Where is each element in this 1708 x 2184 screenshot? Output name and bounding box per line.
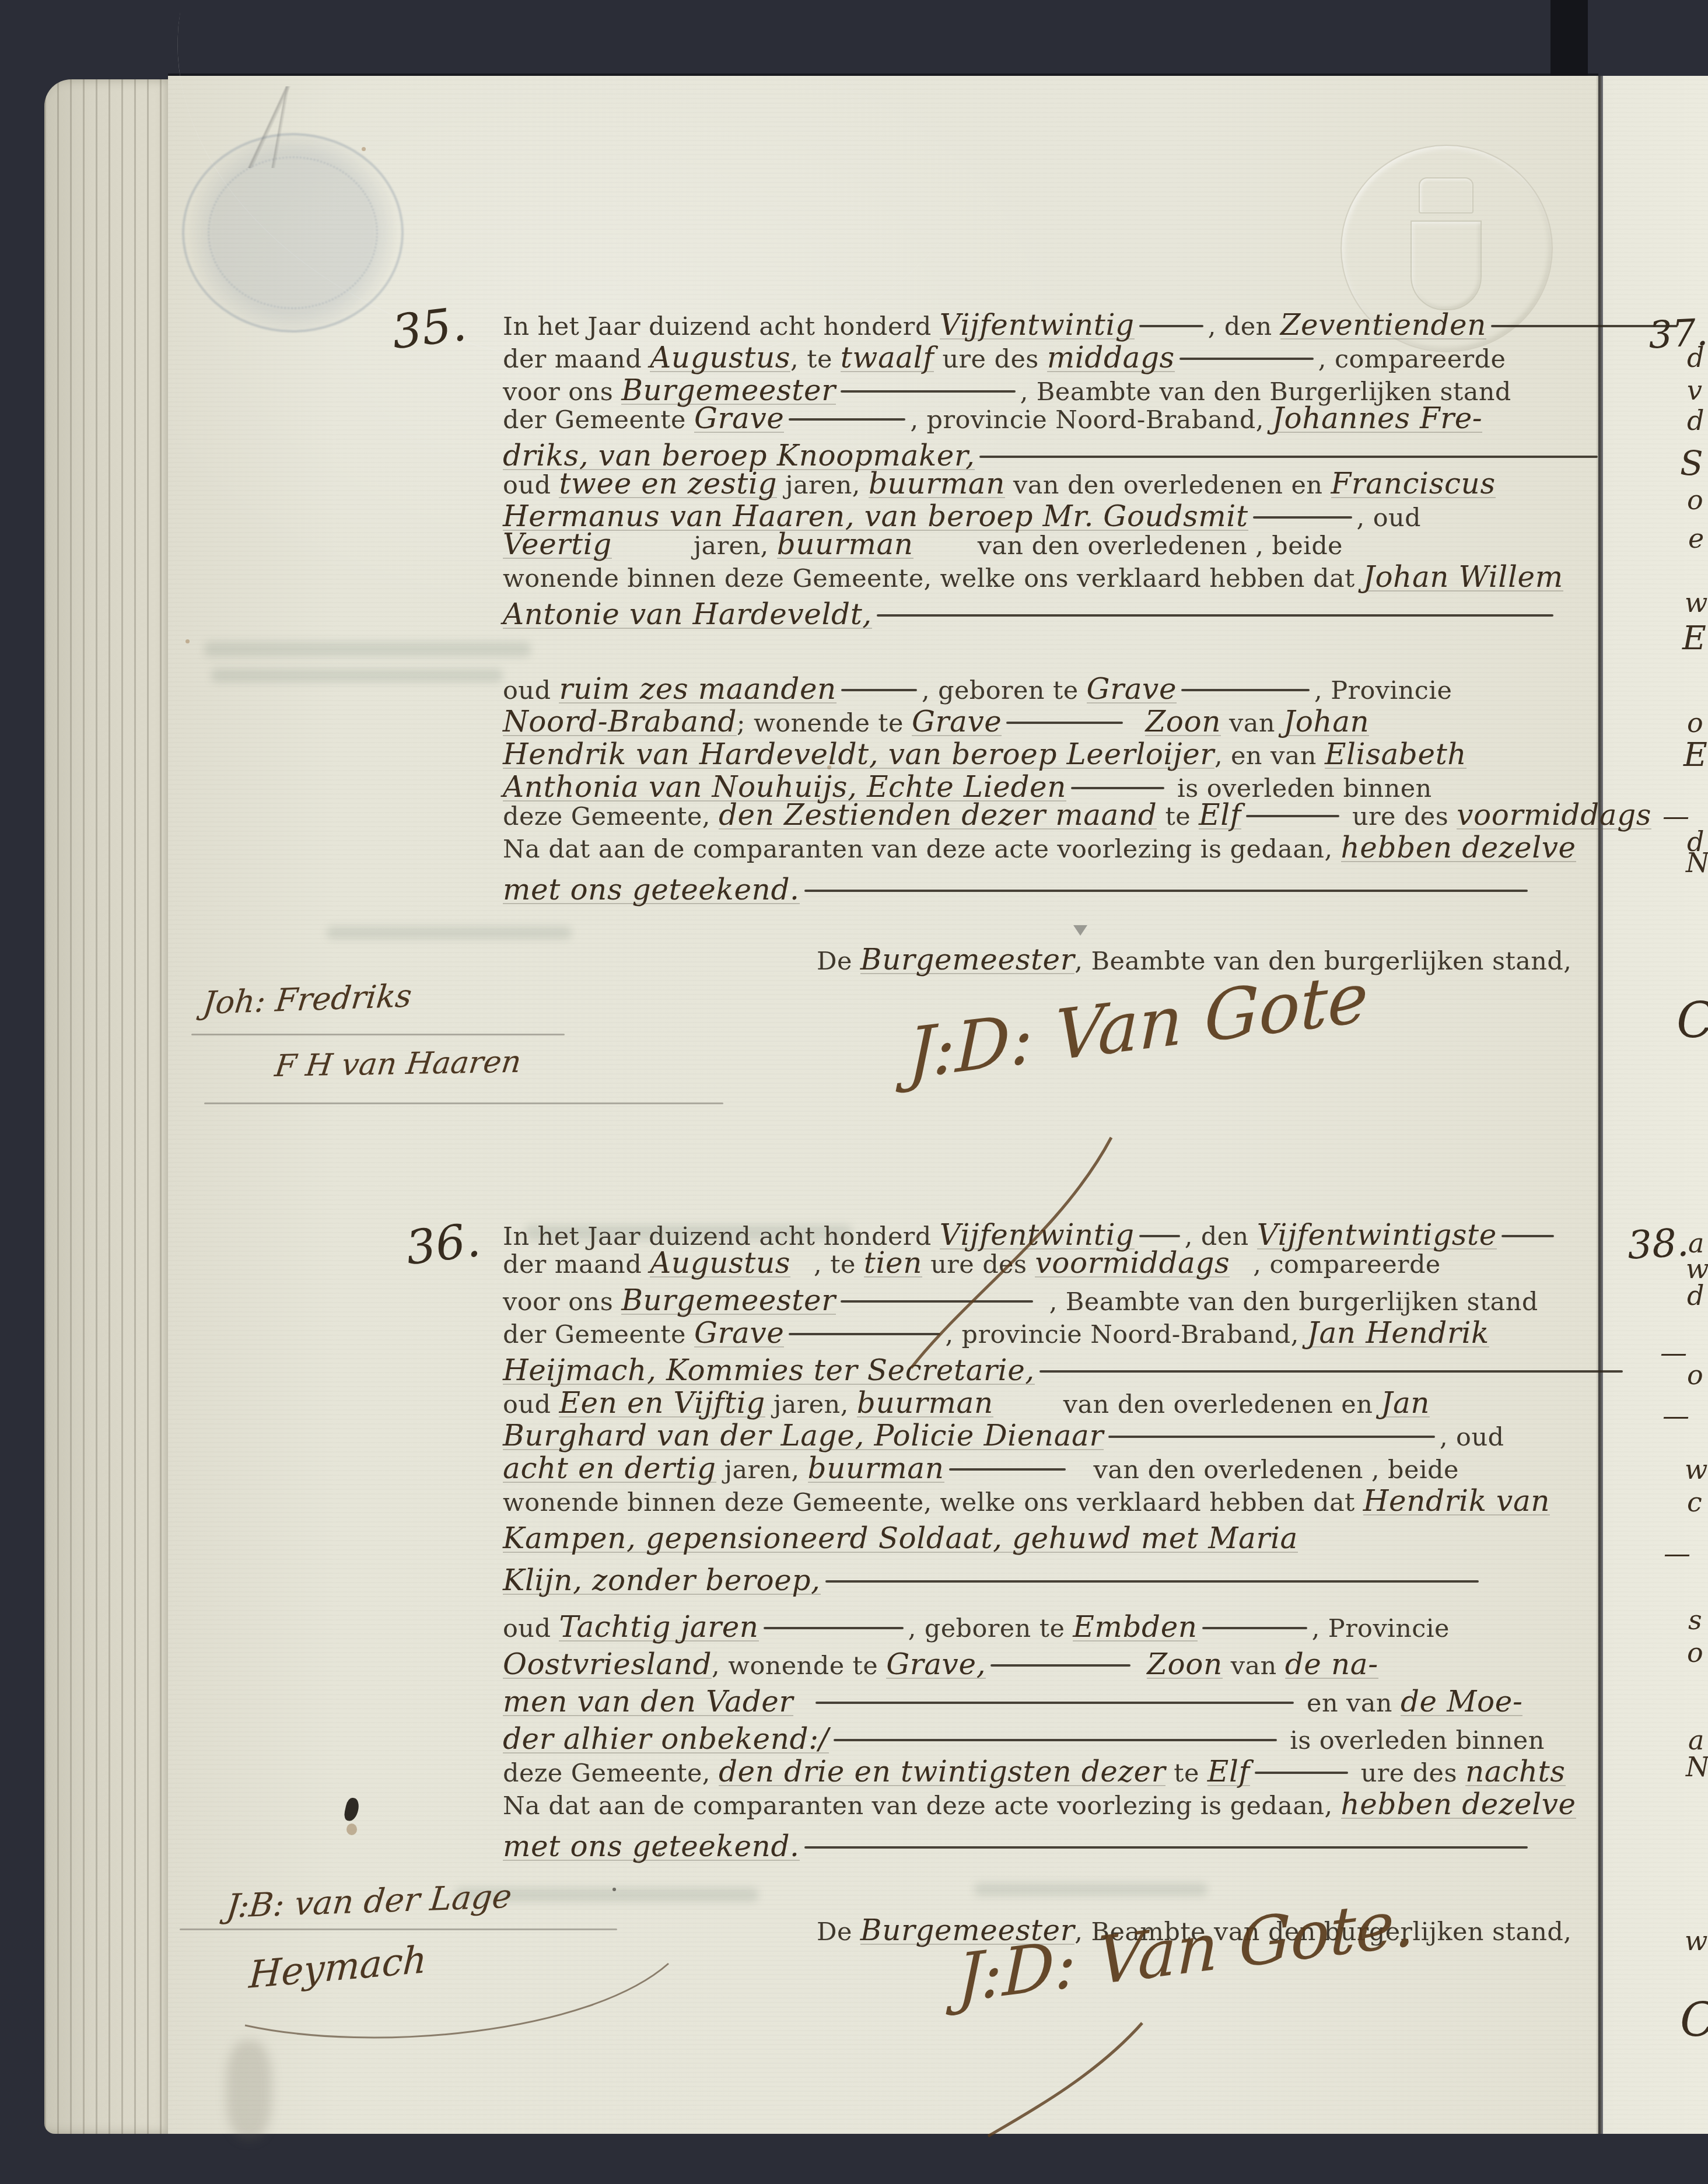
printed-text: oud bbox=[503, 676, 559, 705]
record-line: Veertigjaren, buurmanvan den overledenen… bbox=[503, 527, 1343, 562]
record-line: der maand Augustus, te tien ure des voor… bbox=[503, 1246, 1441, 1281]
record-line: In het Jaar duizend acht honderd Vijfent… bbox=[503, 308, 1682, 343]
pencil-mark bbox=[238, 86, 302, 168]
printed-text: jaren, bbox=[716, 1455, 808, 1485]
printed-text: , oud bbox=[1357, 503, 1421, 533]
handwritten-text: hebben dezelve bbox=[1341, 831, 1576, 864]
foxing-speck bbox=[612, 1888, 616, 1891]
handwritten-text: Tachtig jaren bbox=[559, 1610, 758, 1644]
handwritten-text: middags bbox=[1047, 341, 1175, 374]
foxing-speck bbox=[362, 147, 366, 151]
handwritten-text: Jan bbox=[1381, 1386, 1430, 1420]
handwritten-text: Jan Hendrik bbox=[1307, 1316, 1489, 1350]
cutoff-text-fragment: N bbox=[1686, 847, 1708, 878]
bleed-through-text bbox=[974, 1883, 1207, 1896]
printed-text: te bbox=[1165, 1759, 1207, 1788]
handwritten-text: hebben dezelve bbox=[1341, 1787, 1576, 1821]
record-line: oud twee en zestig jaren, buurman van de… bbox=[503, 467, 1496, 502]
handwritten-text: Heijmach, Kommies ter Secretarie, bbox=[503, 1353, 1035, 1387]
ink-blot-halo bbox=[346, 1824, 357, 1835]
handwritten-text: Augustus bbox=[650, 1246, 790, 1280]
record-line: met ons geteekend. bbox=[503, 1829, 1532, 1864]
record-line: Klijn, zonder beroep, bbox=[503, 1563, 1483, 1598]
handwritten-text: Een en Vijftig bbox=[559, 1386, 765, 1420]
printed-text: , Provincie bbox=[1314, 676, 1452, 705]
printed-text: ure des bbox=[1353, 1759, 1465, 1788]
handwritten-text: Johannes Fre- bbox=[1272, 401, 1483, 435]
page-edge-stack bbox=[44, 79, 175, 2134]
printed-text: van den overledenen en bbox=[1063, 1390, 1381, 1419]
ink-rule bbox=[1501, 1235, 1554, 1237]
adjacent-record-number: 38. bbox=[1626, 1220, 1690, 1268]
blank-gap bbox=[1038, 1310, 1049, 1310]
cutoff-text-fragment: c bbox=[1687, 1486, 1702, 1518]
printed-text: jaren, bbox=[694, 531, 777, 561]
handwritten-text: tien bbox=[864, 1246, 922, 1280]
printed-text: wonende binnen deze Gemeente, welke ons … bbox=[503, 564, 1363, 593]
handwritten-text: buurman bbox=[808, 1451, 944, 1485]
ink-rule bbox=[1108, 1436, 1435, 1438]
ink-rule bbox=[1181, 689, 1310, 691]
handwritten-text: Grave bbox=[1087, 672, 1177, 706]
ink-rule bbox=[1039, 1370, 1623, 1373]
bleed-through-text bbox=[211, 668, 503, 682]
printed-text: van den overledenen , beide bbox=[978, 531, 1343, 561]
handwritten-text: Hendrik van bbox=[1363, 1484, 1550, 1518]
record-line: der maand Augustus, te twaalf ure des mi… bbox=[503, 341, 1506, 376]
record-number: 36. bbox=[403, 1213, 484, 1276]
record-line: wonende binnen deze Gemeente, welke ons … bbox=[503, 1484, 1550, 1519]
cutoff-text-fragment: v bbox=[1687, 374, 1702, 406]
cutoff-text-fragment: S bbox=[1680, 443, 1703, 483]
printed-text: van den overledenen en bbox=[1005, 471, 1331, 500]
printed-text: , te bbox=[814, 1250, 864, 1279]
book-ribbon bbox=[1550, 0, 1588, 80]
handwritten-text: Vijfentwintig bbox=[940, 308, 1135, 342]
handwritten-text: twaalf bbox=[841, 341, 935, 374]
printed-text: van den overledenen , beide bbox=[1094, 1455, 1459, 1485]
printed-text: oud bbox=[503, 1390, 559, 1419]
printed-text: der Gemeente bbox=[503, 1320, 694, 1349]
ink-rule bbox=[841, 689, 917, 691]
cutoff-text-fragment: C bbox=[1680, 1993, 1708, 2047]
ink-rule bbox=[764, 1627, 904, 1629]
cutoff-text-fragment: w bbox=[1685, 1454, 1707, 1485]
bleed-through-text bbox=[327, 926, 572, 939]
handwritten-text: buurman bbox=[869, 467, 1005, 501]
seal-shield bbox=[1410, 220, 1482, 310]
stamp-inner-ring bbox=[208, 156, 378, 309]
printed-text: der maand bbox=[503, 1250, 650, 1279]
ink-rule bbox=[1255, 1772, 1348, 1774]
handwritten-text: Burgemeester bbox=[621, 1283, 835, 1317]
page-fold-crease bbox=[1596, 76, 1603, 2134]
handwritten-text: buurman bbox=[857, 1386, 993, 1420]
printed-text: der maand bbox=[503, 345, 650, 374]
handwritten-text: Klijn, zonder beroep, bbox=[503, 1563, 821, 1597]
printed-text: , Beambte van den burgerlijken stand bbox=[1049, 1287, 1538, 1317]
record-line: Na dat aan de comparanten van deze acte … bbox=[503, 1787, 1576, 1822]
cutoff-text-fragment: — bbox=[1662, 1400, 1689, 1431]
handwritten-text: Antonie van Hardeveldt, bbox=[503, 597, 872, 631]
blank-gap bbox=[793, 1711, 811, 1711]
handwritten-text: Burghard van der Lage, Policie Dienaar bbox=[503, 1419, 1104, 1452]
record-line: Na dat aan de comparanten van deze acte … bbox=[503, 831, 1576, 866]
record-line: oud Een en Vijftig jaren, buurmanvan den… bbox=[503, 1386, 1430, 1421]
handwritten-text: Elf bbox=[1199, 798, 1241, 832]
blank-gap bbox=[612, 554, 694, 554]
handwritten-text: de na- bbox=[1285, 1647, 1378, 1681]
printed-text: , provincie Noord-Braband, bbox=[910, 405, 1272, 435]
ink-rule bbox=[789, 1333, 940, 1335]
seal-crown bbox=[1419, 177, 1473, 213]
record-line: Oostvriesland, wonende te Grave,Zoon van… bbox=[503, 1647, 1378, 1682]
handwritten-text: der alhier onbekend:/ bbox=[503, 1722, 829, 1756]
printed-text: oud bbox=[503, 471, 559, 500]
printed-text: , Provincie bbox=[1312, 1614, 1450, 1643]
handwritten-text: den drie en twintigsten dezer bbox=[719, 1755, 1165, 1788]
ink-rule bbox=[1202, 1627, 1307, 1629]
ink-rule bbox=[815, 1702, 1294, 1704]
handwritten-text: Franciscus bbox=[1331, 467, 1496, 501]
cutoff-text-fragment: o bbox=[1687, 1359, 1703, 1391]
cutoff-text-fragment: d bbox=[1687, 342, 1704, 373]
printed-text: der Gemeente bbox=[503, 405, 694, 435]
record-line: men van den Vader en van de Moe- bbox=[503, 1685, 1522, 1720]
printed-text: is overleden binnen bbox=[1282, 1726, 1545, 1755]
signature-underline bbox=[180, 1929, 617, 1930]
blank-gap bbox=[1070, 1478, 1094, 1478]
record-line: met ons geteekend. bbox=[503, 873, 1532, 908]
printed-text: , te bbox=[790, 345, 841, 374]
handwritten-text: Burgemeester bbox=[860, 943, 1074, 977]
handwritten-text: Elisabeth bbox=[1325, 737, 1466, 771]
bleed-through-text bbox=[204, 642, 531, 657]
record-line: Heijmach, Kommies ter Secretarie, bbox=[503, 1353, 1627, 1388]
handwritten-text: nachts bbox=[1465, 1755, 1566, 1788]
printed-text: , wonende te bbox=[712, 1651, 886, 1681]
record-line: Burghard van der Lage, Policie Dienaar, … bbox=[503, 1419, 1504, 1454]
handwritten-text: voormiddags bbox=[1035, 1246, 1230, 1280]
ink-rule bbox=[825, 1580, 1479, 1583]
printed-text: van bbox=[1221, 709, 1283, 738]
printed-text: van bbox=[1223, 1651, 1285, 1681]
photo-background: 35.In het Jaar duizend acht honderd Vijf… bbox=[0, 0, 1708, 2184]
record-line: der alhier onbekend:/ is overleden binne… bbox=[503, 1722, 1545, 1757]
blank-gap bbox=[1128, 731, 1145, 731]
foxing-speck bbox=[185, 639, 190, 643]
handwritten-text: met ons geteekend. bbox=[503, 1829, 800, 1863]
ink-rule bbox=[834, 1739, 1277, 1741]
handwritten-text: den Zestienden dezer maand bbox=[719, 798, 1157, 832]
printed-text: , den bbox=[1208, 312, 1280, 341]
record-line: voor ons Burgemeester, Beambte van den b… bbox=[503, 1283, 1538, 1318]
blank-gap bbox=[993, 1412, 1063, 1413]
handwritten-text: men van den Vader bbox=[503, 1685, 793, 1718]
ink-rule bbox=[841, 1300, 1033, 1303]
handwritten-text: buurman bbox=[777, 527, 914, 561]
cutoff-text-fragment: w bbox=[1685, 587, 1707, 618]
signature-underline bbox=[191, 1034, 565, 1035]
printed-text: , compareerde bbox=[1318, 345, 1506, 374]
witness-signature: F H van Haaren bbox=[273, 1045, 523, 1084]
ink-rule bbox=[1179, 358, 1314, 360]
printed-text: De bbox=[817, 1917, 860, 1947]
printed-text: In het Jaar duizend acht honderd bbox=[503, 312, 940, 341]
printed-text: te bbox=[1157, 802, 1199, 831]
ink-rule bbox=[804, 1846, 1528, 1849]
handwritten-text: Veertig bbox=[503, 527, 612, 561]
cutoff-text-fragment: o bbox=[1687, 484, 1703, 516]
signature-underline bbox=[204, 1102, 723, 1104]
printed-text: Na dat aan de comparanten van deze acte … bbox=[503, 1791, 1341, 1821]
cutoff-text-fragment: E bbox=[1683, 736, 1707, 774]
handwritten-text: voormiddags bbox=[1457, 798, 1651, 832]
printed-text: De bbox=[817, 947, 860, 976]
printed-text: en van bbox=[1298, 1689, 1401, 1718]
printed-text: ure des bbox=[1344, 802, 1457, 831]
witness-signature: Joh: Fredriks bbox=[201, 977, 414, 1021]
handwritten-text: Augustus bbox=[650, 341, 790, 374]
ink-rule bbox=[1071, 787, 1164, 789]
handwritten-text: Johan bbox=[1283, 705, 1369, 738]
printed-text: jaren, bbox=[765, 1390, 857, 1419]
ink-rule bbox=[1253, 516, 1352, 519]
printed-text: , oud bbox=[1440, 1423, 1504, 1452]
handwritten-text: de Moe- bbox=[1401, 1685, 1522, 1718]
printed-text: ; wonende te bbox=[737, 709, 912, 738]
printed-text: deze Gemeente, bbox=[503, 802, 719, 831]
handwritten-text: ruim zes maanden bbox=[559, 672, 836, 706]
printed-text: Na dat aan de comparanten van deze acte … bbox=[503, 835, 1341, 864]
handwritten-text: twee en zestig bbox=[559, 467, 777, 501]
record-line: Antonie van Hardeveldt, bbox=[503, 597, 1558, 632]
handwritten-text: Kampen, gepensioneerd Soldaat, gehuwd me… bbox=[503, 1521, 1298, 1555]
record-line: Noord-Braband; wonende te GraveZoon van … bbox=[503, 705, 1369, 740]
printed-text: oud bbox=[503, 1614, 559, 1643]
cutoff-text-fragment: d bbox=[1687, 1280, 1704, 1311]
handwritten-text: Hendrik van Hardeveldt, van beroep Leerl… bbox=[503, 737, 1214, 771]
record-line: der Gemeente Grave, provincie Noord-Brab… bbox=[503, 401, 1482, 436]
cutoff-text-fragment: N bbox=[1686, 1751, 1708, 1783]
handwritten-text: Grave, bbox=[886, 1647, 986, 1681]
record-line: oud ruim zes maanden, geboren te Grave, … bbox=[503, 672, 1452, 707]
ink-rule bbox=[1246, 815, 1339, 817]
small-arrow-mark bbox=[1073, 925, 1087, 936]
record-line: oud Tachtig jaren, geboren te Embden, Pr… bbox=[503, 1610, 1450, 1645]
handwritten-text: Grave bbox=[912, 705, 1002, 738]
cutoff-text-fragment: w bbox=[1685, 1925, 1707, 1957]
cutoff-text-fragment: E bbox=[1682, 619, 1706, 657]
ink-rule bbox=[1139, 325, 1203, 327]
printed-text: , en van bbox=[1214, 741, 1325, 771]
blank-gap bbox=[1135, 1674, 1147, 1674]
record-line: De Burgemeester, Beambte van den burgerl… bbox=[817, 943, 1571, 978]
handwritten-text: Grave bbox=[694, 1316, 785, 1350]
ink-rule bbox=[877, 614, 1553, 617]
record-line: der Gemeente Grave, provincie Noord-Brab… bbox=[503, 1316, 1489, 1351]
printed-text: wonende binnen deze Gemeente, welke ons … bbox=[503, 1488, 1363, 1517]
printed-text: , compareerde bbox=[1253, 1250, 1440, 1279]
grey-smudge bbox=[226, 2041, 272, 2140]
blank-gap bbox=[790, 1272, 814, 1273]
handwritten-text: Noord-Braband bbox=[503, 705, 737, 738]
ink-rule bbox=[841, 390, 1016, 393]
cutoff-text-fragment: o bbox=[1687, 707, 1703, 738]
record-line: Kampen, gepensioneerd Soldaat, gehuwd me… bbox=[503, 1521, 1298, 1556]
handwritten-text: acht en dertig bbox=[503, 1451, 716, 1485]
handwritten-text: Zeventienden bbox=[1280, 308, 1486, 342]
cutoff-text-fragment: C bbox=[1676, 992, 1708, 1049]
cutoff-text-fragment: — bbox=[1660, 1337, 1687, 1368]
record-line: acht en dertig jaren, buurmanvan den ove… bbox=[503, 1451, 1459, 1486]
printed-text: deze Gemeente, bbox=[503, 1759, 719, 1788]
ink-rule bbox=[1006, 722, 1123, 724]
ink-rule bbox=[979, 456, 1598, 458]
handwritten-text: Zoon bbox=[1147, 1647, 1223, 1681]
handwritten-text: Elf bbox=[1207, 1755, 1250, 1788]
record-line: deze Gemeente, den Zestienden dezer maan… bbox=[503, 798, 1651, 833]
handwritten-text: Embden bbox=[1073, 1610, 1197, 1644]
record-line: Hendrik van Hardeveldt, van beroep Leerl… bbox=[503, 737, 1466, 772]
cutoff-text-fragment: e bbox=[1688, 523, 1704, 554]
record-line: deze Gemeente, den drie en twintigsten d… bbox=[503, 1755, 1566, 1790]
blank-gap bbox=[1230, 1272, 1253, 1273]
handwritten-text: Zoon bbox=[1145, 705, 1221, 738]
record-number: 35. bbox=[389, 297, 470, 360]
ink-rule bbox=[949, 1468, 1066, 1471]
ink-rule bbox=[804, 890, 1528, 892]
handwritten-text: Oostvriesland bbox=[503, 1647, 712, 1681]
printed-text: ure des bbox=[922, 1250, 1035, 1279]
handwritten-text: Johan Willem bbox=[1363, 560, 1563, 594]
ink-rule bbox=[789, 418, 905, 421]
printed-text: voor ons bbox=[503, 1287, 621, 1317]
cutoff-text-fragment: d bbox=[1687, 405, 1704, 436]
cutoff-text-fragment: — bbox=[1662, 800, 1689, 832]
blank-gap bbox=[914, 554, 978, 554]
record-line: wonende binnen deze Gemeente, welke ons … bbox=[503, 560, 1563, 595]
ink-rule bbox=[1139, 1235, 1180, 1237]
cutoff-text-fragment: — bbox=[1664, 1538, 1690, 1569]
printed-text: , geboren te bbox=[922, 676, 1087, 705]
printed-text: jaren, bbox=[777, 471, 869, 500]
printed-text: , provincie Noord-Braband, bbox=[945, 1320, 1307, 1349]
printed-text: ure des bbox=[934, 345, 1046, 374]
cutoff-text-fragment: o bbox=[1687, 1637, 1703, 1668]
ink-rule bbox=[991, 1664, 1130, 1667]
handwritten-text: Grave bbox=[694, 401, 785, 435]
cutoff-text-fragment: s bbox=[1688, 1604, 1702, 1636]
handwritten-text: met ons geteekend. bbox=[503, 873, 800, 907]
printed-text: , geboren te bbox=[908, 1614, 1073, 1643]
